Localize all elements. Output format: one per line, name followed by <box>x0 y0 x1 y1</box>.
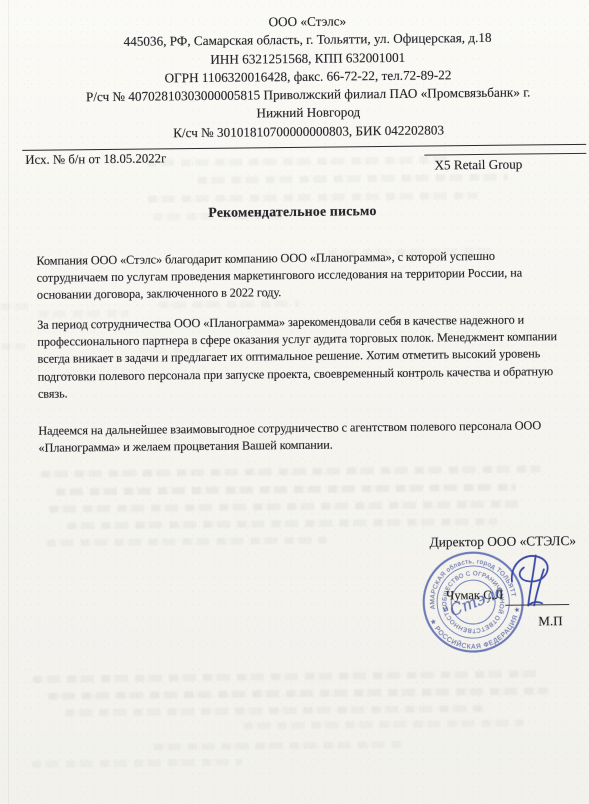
bleed-through-line <box>243 720 523 730</box>
addressee: X5 Retail Group <box>434 157 522 174</box>
bleed-through-line <box>56 484 516 496</box>
bleed-through-line <box>198 174 508 184</box>
letterhead: ООО «Стэлс» 445036, РФ, Самарская област… <box>38 10 578 144</box>
letter-content: ООО «Стэлс» 445036, РФ, Самарская област… <box>0 0 589 804</box>
outgoing-reference: Исх. № б/н от 18.05.2022г <box>25 151 166 168</box>
bleed-through-line <box>154 741 404 751</box>
signatory-name: Чумак С.Л <box>446 588 503 604</box>
bleed-through-line <box>147 156 447 166</box>
letter-title: Рекомендательное письмо <box>0 201 587 223</box>
bleed-through-line <box>33 670 543 683</box>
bleed-through-line <box>1 343 25 350</box>
scanned-letter-page: ООО «Стэлс» 445036, РФ, Самарская област… <box>0 0 589 804</box>
bleed-through-line <box>48 687 548 699</box>
divider-line-right <box>424 153 586 156</box>
bleed-through-line <box>148 192 478 203</box>
bleed-through-line <box>32 759 242 768</box>
bleed-through-line <box>46 537 326 547</box>
handwritten-signature <box>492 547 573 610</box>
bleed-through-line <box>1 303 29 310</box>
seal-place-label: М.П <box>538 613 562 629</box>
bleed-through-line <box>67 518 497 530</box>
letter-body: Компания ООО «Стэлс» благодарит компанию… <box>36 247 565 469</box>
bleed-through-line <box>49 501 519 513</box>
divider-line <box>22 144 586 151</box>
bleed-through-line <box>65 705 485 717</box>
